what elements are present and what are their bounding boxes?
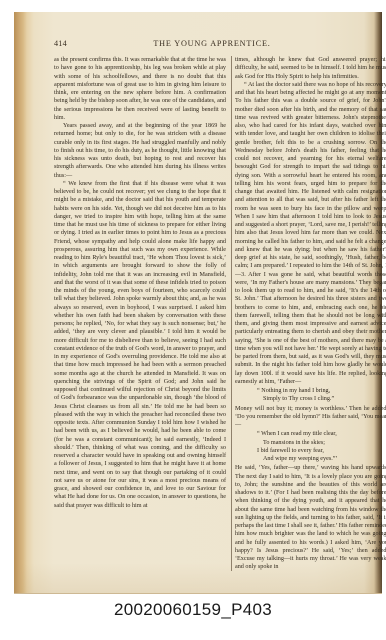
paragraph: Years passed away, and at the beginning … — [54, 122, 226, 180]
page-header: 414 THE YOUNG APPRENTICE. — [54, 39, 370, 51]
image-caption: 20020060159_P403 — [0, 600, 386, 620]
paragraph: Money will not buy it; money is worthles… — [235, 405, 386, 430]
paragraph: He said, ‘Yes, father—up there,’ waving … — [235, 464, 386, 571]
verse-line: To mansions in the skies; — [235, 439, 386, 447]
verse-line: “ Nothing in my hand I bring, — [235, 387, 386, 395]
verse-line: “ When I can read my title clear, — [235, 430, 386, 438]
paragraph: as the present confirms this. It was rem… — [54, 56, 226, 122]
paragraph: times, although he knew that God answere… — [235, 56, 386, 81]
paragraph: “ We knew from the first that if his dis… — [54, 180, 226, 510]
paragraph: “ At last the doctor said there was no h… — [235, 81, 386, 386]
running-title: THE YOUNG APPRENTICE. — [54, 39, 370, 48]
verse-line: And wipe my weeping eyes.”’ — [235, 455, 386, 463]
verse-line: I bid farewell to every fear, — [235, 447, 386, 455]
right-column: times, although he knew that God answere… — [235, 56, 386, 572]
hymn-quote: “ When I can read my title clear, To man… — [235, 430, 386, 463]
verse-line: Simply to Thy cross I cling.” — [235, 395, 386, 403]
column-divider — [231, 56, 232, 571]
verse-quote: “ Nothing in my hand I bring, Simply to … — [235, 387, 386, 404]
scanned-book-page: 414 THE YOUNG APPRENTICE. as the present… — [14, 12, 382, 593]
left-column: as the present confirms this. It was rem… — [54, 56, 226, 510]
